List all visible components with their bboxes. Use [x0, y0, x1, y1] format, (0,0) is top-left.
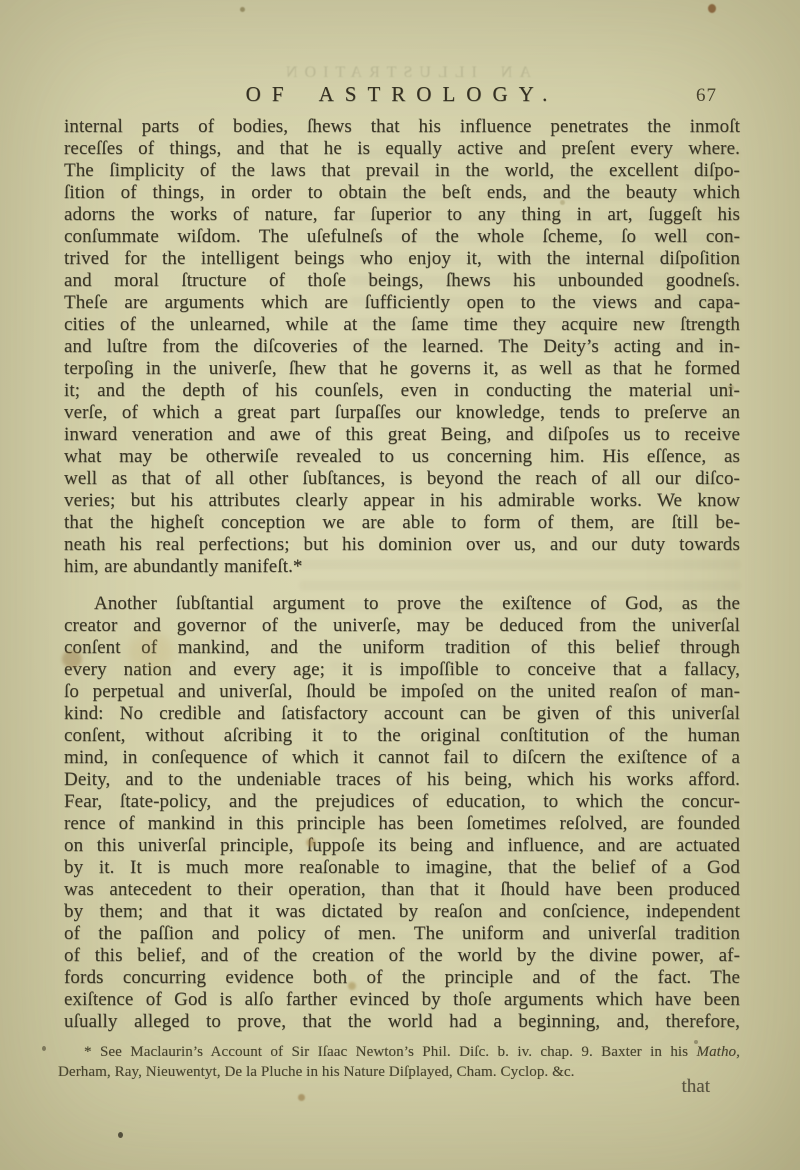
- book-page-scan: AN ILLUSTRATION OF ASTROLOGY. 67 interna…: [0, 0, 800, 1170]
- text-line: of the paſſion and policy of men. The un…: [64, 923, 740, 945]
- paper-stain: [240, 7, 245, 12]
- text-line: neath his real perfections; but his domi…: [64, 534, 740, 556]
- text-line: mind, in conſequence of which it cannot …: [64, 747, 740, 769]
- text-column: internal parts of bodies, ſhews that his…: [64, 116, 740, 1033]
- text-line: creator and governor of the univerſe, ma…: [64, 615, 740, 637]
- text-line: rence of mankind in this principle has b…: [64, 813, 740, 835]
- text-line: conſent, without aſcribing it to the ori…: [64, 725, 740, 747]
- paragraph: Another ſubſtantial argument to prove th…: [64, 593, 740, 1033]
- text-line: conſummate wiſdom. The uſefulneſs of the…: [64, 226, 740, 248]
- text-line: veries; but his attributes clearly appea…: [64, 490, 740, 512]
- text-line: receſſes of things, and that he is equal…: [64, 138, 740, 160]
- running-title: OF ASTROLOGY.: [64, 82, 740, 107]
- bleedthrough-title: AN ILLUSTRATION: [215, 64, 595, 82]
- paper-stain: [42, 1046, 46, 1051]
- footnote-work-title: Matho,: [696, 1044, 740, 1060]
- page-header: OF ASTROLOGY. 67: [64, 82, 740, 112]
- text-line: Another ſubſtantial argument to prove th…: [64, 593, 740, 615]
- text-line: verſe, of which a great part ſurpaſſes o…: [64, 402, 740, 424]
- text-line: trived for the intelligent beings who en…: [64, 248, 740, 270]
- text-line: internal parts of bodies, ſhews that his…: [64, 116, 740, 138]
- text-line: adorns the works of nature, far ſuperior…: [64, 204, 740, 226]
- footnote-line: * See Maclaurin’s Account of Sir Iſaac N…: [58, 1042, 740, 1062]
- text-line: exiſtence of God is alſo farther evinced…: [64, 989, 740, 1011]
- text-line: by it. It is much more reaſonable to ima…: [64, 857, 740, 879]
- text-line: Theſe are arguments which are ſufficient…: [64, 292, 740, 314]
- text-line: what may be otherwiſe revealed to us con…: [64, 446, 740, 468]
- text-line: that the higheſt conception we are able …: [64, 512, 740, 534]
- text-line: Fear, ſtate-policy, and the prejudices o…: [64, 791, 740, 813]
- text-line: inward veneration and awe of this great …: [64, 424, 740, 446]
- text-line: him, are abundantly manifeſt.*: [64, 556, 740, 578]
- text-line: of this belief, and of the creation of t…: [64, 945, 740, 967]
- text-line: cities of the unlearned, while at the ſa…: [64, 314, 740, 336]
- text-line: it; and the depth of his counſels, even …: [64, 380, 740, 402]
- text-line: The ſimplicity of the laws that prevail …: [64, 160, 740, 182]
- text-line: and luſtre from the diſcoveries of the l…: [64, 336, 740, 358]
- text-line: ſition of things, in order to obtain the…: [64, 182, 740, 204]
- footnote-text: * See Maclaurin’s Account of Sir Iſaac N…: [84, 1044, 696, 1060]
- text-line: kind: No credible and ſatisfactory accou…: [64, 703, 740, 725]
- text-line: on this univerſal principle, ſuppoſe its…: [64, 835, 740, 857]
- paragraph: internal parts of bodies, ſhews that his…: [64, 116, 740, 578]
- paper-stain: [118, 1132, 123, 1138]
- text-line: well as that of all other ſubſtances, is…: [64, 468, 740, 490]
- text-line: ſo perpetual and univerſal, ſhould be im…: [64, 681, 740, 703]
- text-line: uſually alleged to prove, that the world…: [64, 1011, 740, 1033]
- text-line: every nation and every age; it is impoſſ…: [64, 659, 740, 681]
- page-number: 67: [696, 85, 717, 107]
- text-line: terpoſing in the univerſe, ſhew that he …: [64, 358, 740, 380]
- text-line: was antecedent to their operation, than …: [64, 879, 740, 901]
- text-line: fords concurring evidence both of the pr…: [64, 967, 740, 989]
- text-line: by them; and that it was dictated by rea…: [64, 901, 740, 923]
- text-line: Deity, and to the undeniable traces of h…: [64, 769, 740, 791]
- catchword: that: [64, 1076, 740, 1098]
- text-line: conſent of mankind, and the uniform trad…: [64, 637, 740, 659]
- paper-stain: [708, 4, 716, 13]
- text-line: and moral ſtructure of thoſe beings, ſhe…: [64, 270, 740, 292]
